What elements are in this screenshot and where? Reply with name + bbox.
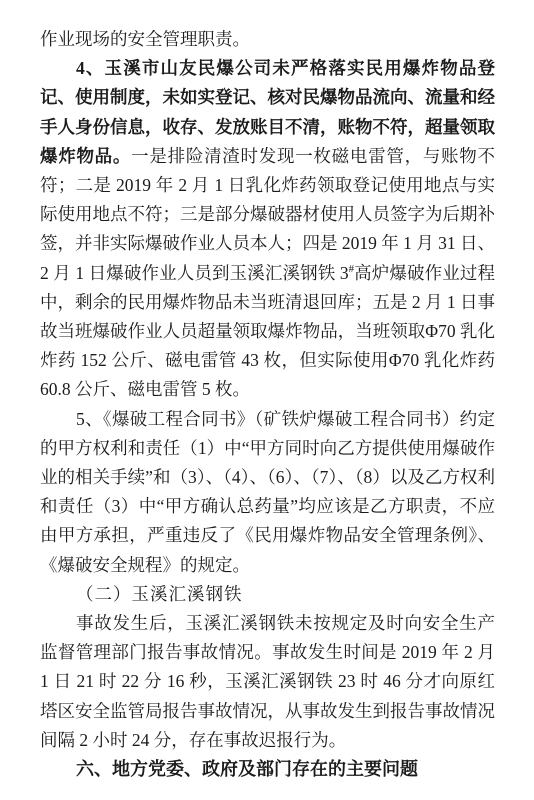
document-page: 作业现场的安全管理职责。4、玉溪市山友民爆公司未严格落实民用爆炸物品登记、使用制… [0,0,534,800]
text-segment: （二）玉溪汇溪钢铁 [76,584,243,604]
paragraph: 4、玉溪市山友民爆公司未严格落实民用爆炸物品登记、使用制度，未如实登记、核对民爆… [40,54,495,404]
section-subheading: （二）玉溪汇溪钢铁 [40,580,495,609]
text-segment: 高炉爆破作业过程中，剩余的民用爆炸物品未当班清退回库；五是 2 月 1 日事故当… [40,263,495,400]
paragraph: 作业现场的安全管理职责。 [40,25,495,54]
document-body: 作业现场的安全管理职责。4、玉溪市山友民爆公司未严格落实民用爆炸物品登记、使用制… [40,25,495,784]
paragraph: 5、《爆破工程合同书》（矿铁炉爆破工程合同书）约定的甲方权利和责任（1）中“甲方… [40,405,495,580]
text-segment: 作业现场的安全管理职责。 [40,29,250,49]
paragraph: 事故发生后，玉溪汇溪钢铁未按规定及时向安全生产监督管理部门报告事故情况。事故发生… [40,609,495,755]
text-segment: 5、《爆破工程合同书》（矿铁炉爆破工程合同书）约定的甲方权利和责任（1）中“甲方… [40,409,495,575]
text-segment: 事故发生后，玉溪汇溪钢铁未按规定及时向安全生产监督管理部门报告事故情况。事故发生… [40,613,495,750]
page-number: 13 [0,765,534,780]
